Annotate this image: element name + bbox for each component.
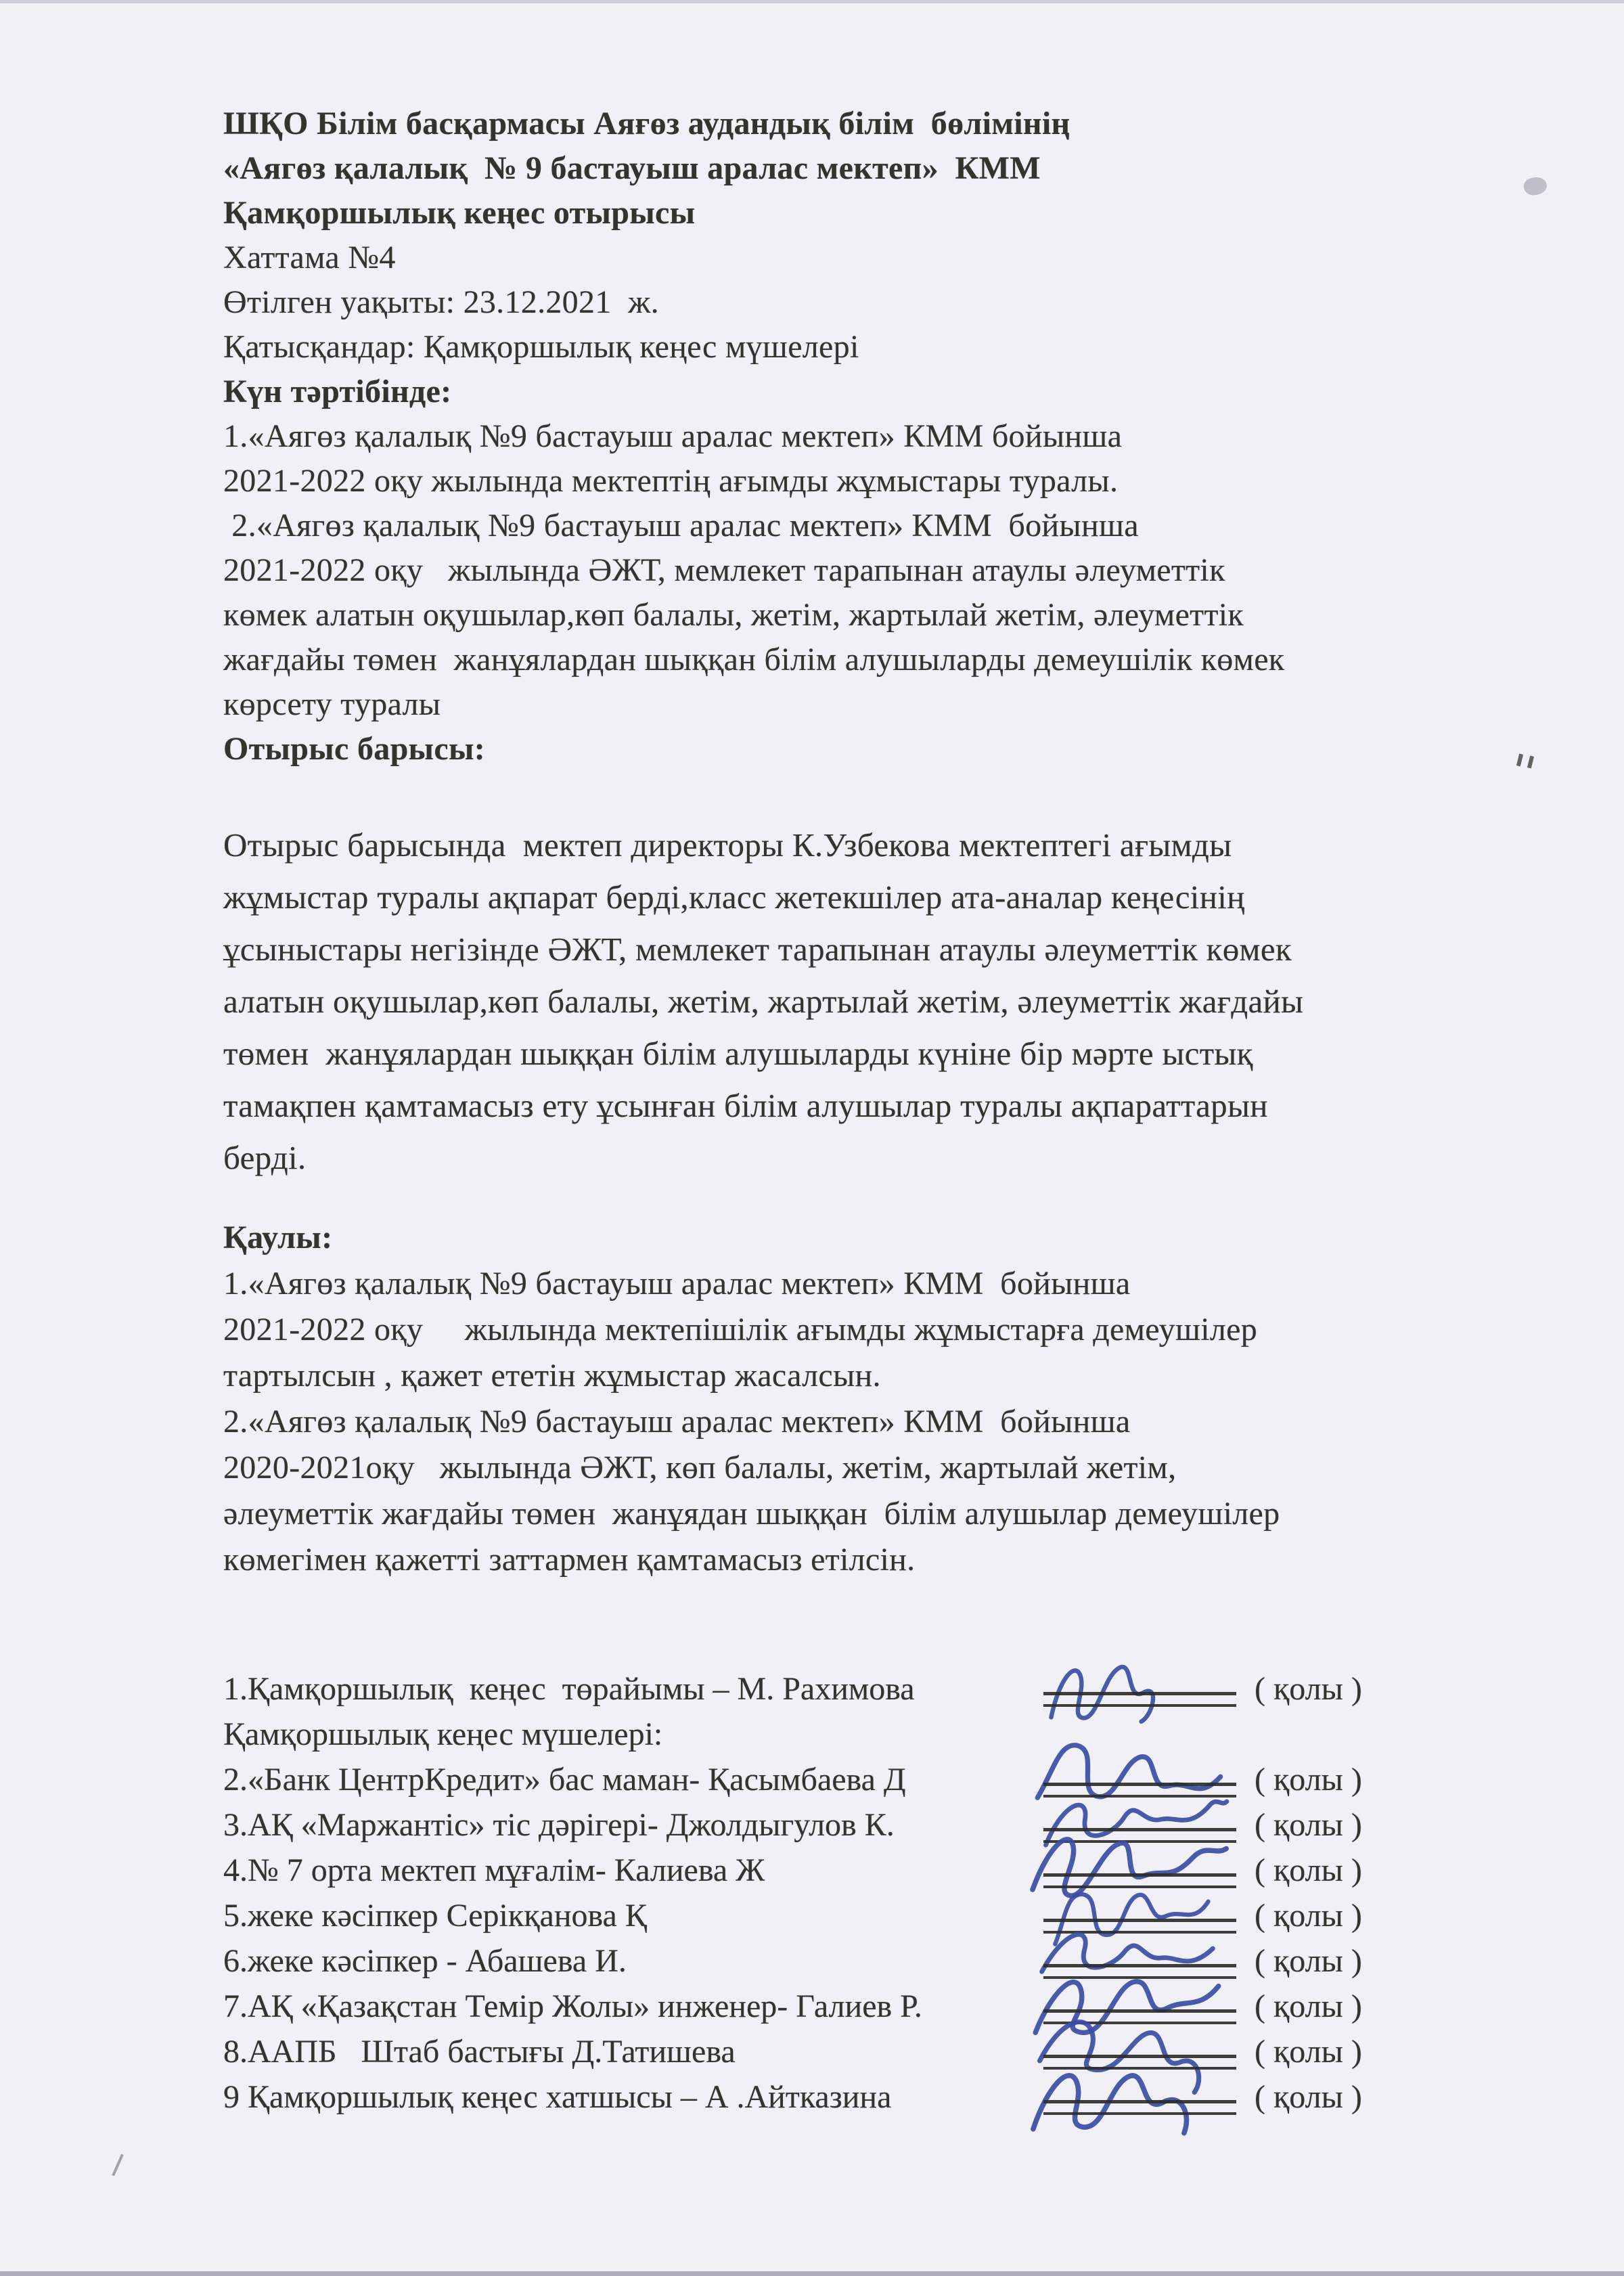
signature-row: 3.АҚ «Маржантіс» тіс дәрігері- Джолдыгул… (223, 1802, 1583, 1848)
koly-label: ( қолы ) (1255, 1893, 1362, 1938)
paragraph-line: Отырыс барысында мектеп директоры К.Узбе… (223, 819, 1570, 871)
signature-row: 2.«Банк ЦентрКредит» бас маман- Қасымбае… (223, 1757, 1583, 1802)
agenda-item: 2.«Аягөз қалалық №9 бастауыш аралас мект… (223, 504, 1543, 548)
scanned-protocol-page: ШҚО Білім басқармасы Аяғөз аудандық білі… (0, 0, 1624, 2276)
signature-row: Қамқоршылық кеңес мүшелері: (223, 1712, 1583, 1757)
signature-row: 9 Қамқоршылық кеңес хатшысы – А .Айткази… (223, 2074, 1583, 2120)
resolution-line: 2020-2021оқу жылында ӘЖТ, көп балалы, же… (223, 1445, 1570, 1491)
paragraph-line: алатын оқушылар,көп балалы, жетім, жарты… (223, 975, 1570, 1027)
signature-row: 1.Қамқоршылық кеңес төрайымы – М. Рахимо… (223, 1666, 1583, 1712)
koly-label: ( қолы ) (1255, 1938, 1362, 1984)
paragraph-line: берді. (223, 1132, 1570, 1184)
agenda-heading: Күн тәртібінде: (223, 370, 1543, 414)
agenda-item: жағдайы төмен жанұялардан шыққан білім а… (223, 638, 1543, 682)
signatory-label: 9 Қамқоршылық кеңес хатшысы – А .Айткази… (223, 2074, 1583, 2120)
resolution-line: 2021-2022 оқу жылында мектепішілік ағымд… (223, 1307, 1570, 1353)
signature-scribble (1024, 2043, 1252, 2145)
resolution-line: 1.«Аягөз қалалық №9 бастауыш аралас мект… (223, 1261, 1570, 1307)
signatures-block: 1.Қамқоршылық кеңес төрайымы – М. Рахимо… (223, 1666, 1583, 2120)
protocol-number: Хаттама №4 (223, 236, 1543, 280)
koly-label: ( қолы ) (1255, 2029, 1362, 2074)
signature-row: 6.жеке кәсіпкер - Абашева И. ( қолы ) (223, 1938, 1583, 1984)
signature-row: 4.№ 7 орта мектеп мұғалім- Калиева Ж ( қ… (223, 1848, 1583, 1893)
resolution-line: 2.«Аягөз қалалық №9 бастауыш аралас мект… (223, 1399, 1570, 1445)
proceedings-heading: Отырыс барысы: (223, 727, 1543, 772)
resolution-block: Қаулы: 1.«Аягөз қалалық №9 бастауыш арал… (223, 1215, 1570, 1583)
signatory-label: 4.№ 7 орта мектеп мұғалім- Калиева Ж (223, 1848, 1583, 1893)
signatory-label: 6.жеке кәсіпкер - Абашева И. (223, 1938, 1583, 1984)
signatory-label: 3.АҚ «Маржантіс» тіс дәрігері- Джолдыгул… (223, 1802, 1583, 1848)
school-title-line: «Аягөз қалалық № 9 бастауыш аралас мекте… (223, 146, 1543, 191)
paragraph-line: төмен жанұялардан шыққан білім алушылард… (223, 1027, 1570, 1079)
agenda-item: 1.«Аягөз қалалық №9 бастауыш аралас мект… (223, 414, 1543, 459)
org-title-line: ШҚО Білім басқармасы Аяғөз аудандық білі… (223, 102, 1543, 146)
koly-label: ( қолы ) (1255, 1666, 1362, 1712)
resolution-line: көмегімен қажетті заттармен қамтамасыз е… (223, 1537, 1570, 1583)
agenda-item: 2021-2022 оқу жылында мектептің ағымды ж… (223, 459, 1543, 504)
signatory-label: 7.АҚ «Қазақстан Темір Жолы» инженер- Гал… (223, 1984, 1583, 2029)
agenda-item: көмек алатын оқушылар,көп балалы, жетім,… (223, 593, 1543, 638)
scan-edge-top (0, 0, 1624, 3)
signatory-label: 5.жеке кәсіпкер Серікқанова Қ (223, 1893, 1583, 1938)
signature-line (1043, 1692, 1236, 1707)
members-heading: Қамқоршылық кеңес мүшелері: (223, 1712, 1583, 1757)
paragraph-line: тамақпен қамтамасыз ету ұсынған білім ал… (223, 1079, 1570, 1132)
resolution-line: тартылсын , қажет ететін жұмыстар жасалс… (223, 1353, 1570, 1399)
koly-label: ( қолы ) (1255, 1984, 1362, 2029)
council-meeting-title: Қамқоршылық кеңес отырысы (223, 191, 1543, 236)
meeting-date: Өтілген уақыты: 23.12.2021 ж. (223, 280, 1543, 325)
scan-edge-bottom (0, 2271, 1624, 2276)
koly-label: ( қолы ) (1255, 2074, 1362, 2120)
signatory-label: 1.Қамқоршылық кеңес төрайымы – М. Рахимо… (223, 1666, 1583, 1712)
signatory-label: 8.ААПБ Штаб бастығы Д.Татишева (223, 2029, 1583, 2074)
signatory-label: 2.«Банк ЦентрКредит» бас маман- Қасымбае… (223, 1757, 1583, 1802)
signature-row: 7.АҚ «Қазақстан Темір Жолы» инженер- Гал… (223, 1984, 1583, 2029)
proceedings-paragraph: Отырыс барысында мектеп директоры К.Узбе… (223, 819, 1570, 1184)
paragraph-line: жұмыстар туралы ақпарат берді,класс жете… (223, 871, 1570, 923)
header-and-agenda-block: ШҚО Білім басқармасы Аяғөз аудандық білі… (223, 102, 1543, 772)
signature-row: 5.жеке кәсіпкер Серікқанова Қ ( қолы ) (223, 1893, 1583, 1938)
agenda-item: 2021-2022 оқу жылында ӘЖТ, мемлекет тара… (223, 548, 1543, 593)
resolution-heading: Қаулы: (223, 1215, 1570, 1261)
resolution-line: әлеуметтік жағдайы төмен жанұядан шыққан… (223, 1491, 1570, 1537)
paragraph-line: ұсыныстары негізінде ӘЖТ, мемлекет тарап… (223, 923, 1570, 975)
koly-label: ( қолы ) (1255, 1848, 1362, 1893)
pencil-tick-mark (112, 2154, 123, 2177)
signature-row: 8.ААПБ Штаб бастығы Д.Татишева ( қолы ) (223, 2029, 1583, 2074)
signature-line (1043, 2100, 1236, 2115)
agenda-item: көрсету туралы (223, 682, 1543, 727)
participants: Қатысқандар: Қамқоршылық кеңес мүшелері (223, 325, 1543, 370)
koly-label: ( қолы ) (1255, 1757, 1362, 1802)
koly-label: ( қолы ) (1255, 1802, 1362, 1848)
